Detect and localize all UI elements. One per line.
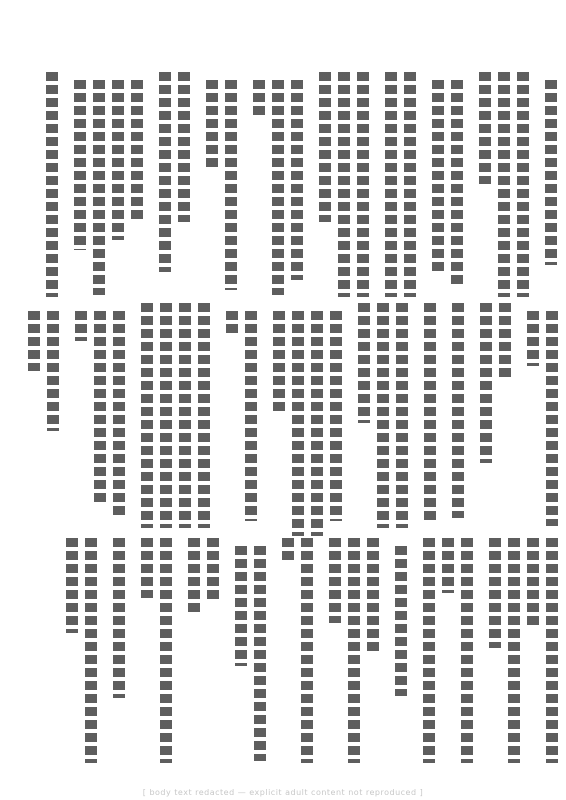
redacted-text-column <box>141 538 153 598</box>
redacted-text-column <box>273 311 285 411</box>
redacted-text-column <box>452 303 464 518</box>
redacted-text-column <box>479 72 491 184</box>
redacted-text-column <box>527 538 539 628</box>
text-tier-upper <box>0 72 566 297</box>
redacted-text-column <box>225 80 237 290</box>
redacted-text-column <box>160 303 172 528</box>
redacted-text-column <box>348 538 360 763</box>
redacted-text-column <box>226 311 238 336</box>
redacted-text-column <box>74 80 86 250</box>
redacted-text-column <box>338 72 350 297</box>
text-tier-lower <box>0 538 566 760</box>
redacted-text-column <box>112 80 124 240</box>
redacted-text-column <box>198 303 210 528</box>
redacted-text-column <box>423 538 435 763</box>
redacted-text-column <box>319 72 331 222</box>
redacted-text-column <box>546 538 558 763</box>
redacted-text-column <box>178 72 190 222</box>
redacted-text-column <box>235 546 247 666</box>
redacted-text-column <box>508 538 520 763</box>
redacted-text-column <box>179 303 191 528</box>
redacted-text-column <box>46 72 58 297</box>
redacted-text-column <box>28 311 40 371</box>
redacted-text-column <box>461 538 473 763</box>
redacted-text-column <box>517 72 529 297</box>
redacted-text-column <box>330 311 342 521</box>
redacted-text-column <box>498 72 510 297</box>
redacted-text-column <box>207 538 219 603</box>
redacted-text-column <box>329 538 341 623</box>
redacted-text-column <box>141 303 153 528</box>
redacted-text-column <box>432 80 444 275</box>
redacted-text-column <box>113 311 125 516</box>
redacted-text-column <box>396 303 408 528</box>
text-tier-middle <box>0 303 566 530</box>
redacted-text-column <box>311 311 323 536</box>
redacted-text-column <box>160 538 172 763</box>
redacted-text-column <box>377 303 389 528</box>
redacted-text-column <box>47 311 59 431</box>
redacted-text-column <box>546 311 558 526</box>
redacted-text-column <box>159 72 171 272</box>
redacted-text-column <box>94 311 106 506</box>
redacted-text-column <box>188 538 200 613</box>
redacted-text-column <box>489 538 501 648</box>
redacted-text-column <box>357 72 369 297</box>
redacted-text-column <box>385 72 397 297</box>
redacted-text-column <box>527 311 539 366</box>
redacted-text-column <box>480 303 492 463</box>
redacted-text-column <box>282 538 294 563</box>
redacted-text-column <box>254 546 266 761</box>
redacted-text-column <box>292 311 304 536</box>
redacted-text-column <box>113 538 125 698</box>
redacted-text-column <box>272 80 284 295</box>
redacted-text-column <box>291 80 303 280</box>
redacted-text-column <box>85 538 97 763</box>
redacted-text-column <box>358 303 370 423</box>
redacted-text-column <box>545 80 557 265</box>
redacted-text-column <box>442 538 454 593</box>
novel-page: [ body text redacted — explicit adult co… <box>0 0 566 800</box>
redacted-text-column <box>93 80 105 295</box>
redacted-text-column <box>395 546 407 696</box>
redacted-text-column <box>367 538 379 653</box>
redaction-notice: [ body text redacted — explicit adult co… <box>0 788 566 798</box>
redacted-text-column <box>66 538 78 633</box>
redacted-text-column <box>206 80 218 170</box>
redacted-text-column <box>75 311 87 341</box>
redacted-text-column <box>301 538 313 763</box>
redacted-text-column <box>404 72 416 297</box>
redacted-text-column <box>131 80 143 220</box>
redacted-text-column <box>245 311 257 521</box>
redacted-text-column <box>451 80 463 285</box>
redacted-text-column <box>424 303 436 523</box>
redacted-text-column <box>253 80 265 115</box>
redacted-text-column <box>499 303 511 378</box>
